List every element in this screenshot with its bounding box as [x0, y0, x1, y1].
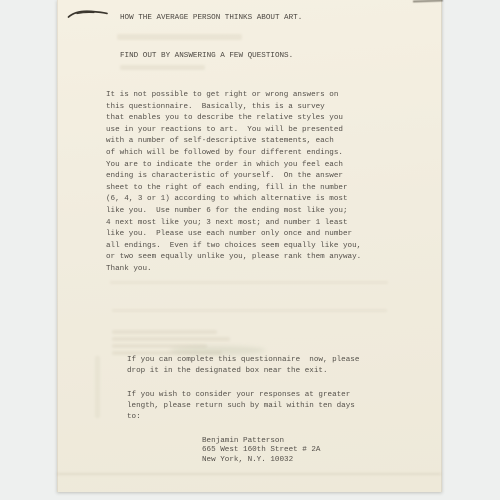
mailing-address: Benjamin Patterson 665 West 160th Street…	[202, 437, 320, 465]
instructions-paragraph: It is not possible to get right or wrong…	[106, 90, 361, 276]
bleed-through-smudge	[120, 65, 205, 70]
bleed-through-smudge	[117, 34, 242, 40]
document-title: HOW THE AVERAGE PERSON THINKS ABOUT ART.	[120, 13, 302, 23]
bleed-through-smudge	[170, 346, 265, 355]
document-subtitle: FIND OUT BY ANSWERING A FEW QUESTIONS.	[120, 51, 293, 61]
bleed-through-smudge	[95, 356, 100, 418]
pen-mark-icon	[67, 9, 109, 21]
paper-sheet: HOW THE AVERAGE PERSON THINKS ABOUT ART.…	[57, 0, 442, 492]
scan-crease-line	[57, 473, 441, 475]
bleed-through-smudge	[112, 330, 217, 334]
drop-off-note: If you can complete this questionnaire n…	[127, 355, 359, 377]
mail-return-note: If you wish to consider your responses a…	[127, 390, 355, 424]
scan-edge-artifact	[413, 0, 443, 3]
bleed-through-smudge	[112, 337, 230, 341]
bleed-through-smudge	[112, 309, 387, 312]
bleed-through-smudge	[110, 281, 388, 284]
scan-background: HOW THE AVERAGE PERSON THINKS ABOUT ART.…	[0, 0, 500, 500]
